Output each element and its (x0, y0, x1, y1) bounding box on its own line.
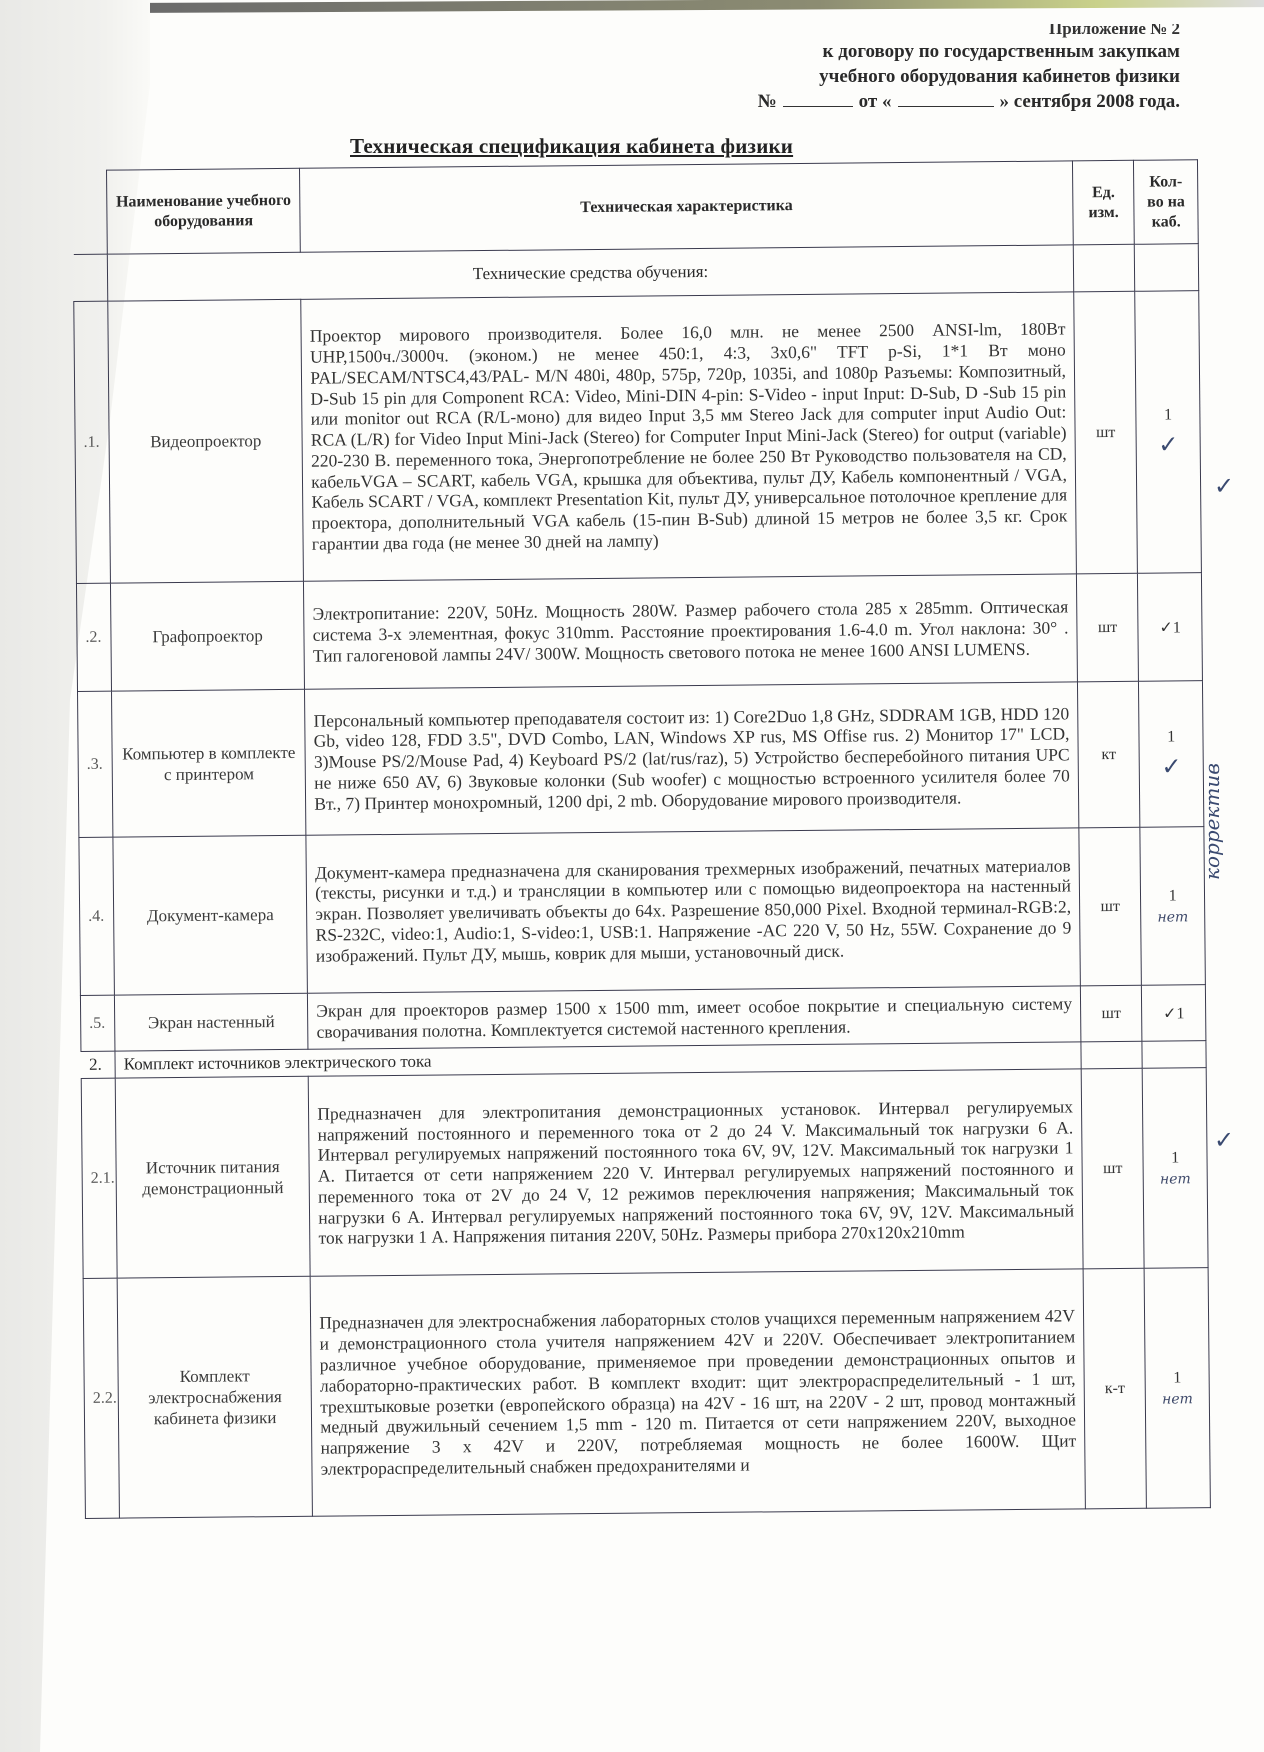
technical-description: Персональный компьютер преподавателя сос… (305, 682, 1079, 835)
row-number: 2.2. (83, 1278, 119, 1518)
quantity: 1нет (1140, 827, 1205, 986)
equipment-name: Графопроектор (111, 581, 305, 691)
unit-of-measure: шт (1081, 1068, 1144, 1269)
appendix-line-1: к договору по государственным закупкам (758, 39, 1180, 64)
handwritten-check-icon: ✓ (1148, 752, 1195, 780)
handwritten-note: нет (1154, 1391, 1201, 1407)
row-number: .5. (80, 995, 115, 1051)
unit-of-measure: кт (1077, 681, 1140, 828)
equipment-name: Видеопроектор (108, 299, 304, 583)
contract-number-blank (783, 92, 853, 107)
header-desc: Техническая характеристика (300, 161, 1073, 252)
appendix-line-2: учебного оборудования кабинетов физики (758, 64, 1180, 89)
date-prefix: от « (859, 91, 892, 112)
handwritten-margin-note: корректив (1200, 763, 1224, 880)
table-header-row: Наименование учебного оборудования Техни… (73, 160, 1199, 255)
table-row: 2.1.Источник питания демонстрационныйПре… (81, 1068, 1208, 1279)
handwritten-note: нет (1152, 1171, 1199, 1187)
row-number: .1. (74, 301, 111, 583)
table-row: 2.2.Комплект электроснабжения кабинета ф… (83, 1268, 1210, 1519)
specification-table: Наименование учебного оборудования Техни… (72, 159, 1211, 1519)
header-unit: Ед. изм. (1072, 160, 1134, 245)
date-day-blank (898, 92, 994, 107)
header-num (73, 170, 108, 254)
header-qty: Кол-во на каб. (1134, 160, 1198, 245)
margin-check-icon-2: ✓ (1214, 1126, 1234, 1154)
row-number: .4. (79, 837, 115, 995)
quantity: 1✓ (1139, 681, 1204, 828)
technical-description: Предназначен для электропитания демонстр… (308, 1069, 1083, 1276)
header-name: Наименование учебного оборудования (107, 168, 301, 254)
unit-of-measure: шт (1080, 985, 1142, 1042)
quantity: 1✓ (1135, 291, 1201, 574)
table-row: .2.ГрафопроекторЭлектропитание: 220V, 50… (76, 573, 1202, 692)
quantity: ✓1 (1138, 573, 1203, 682)
row-number: .3. (78, 691, 113, 837)
technical-description: Электропитание: 220V, 50Hz. Мощность 280… (304, 574, 1078, 689)
document-title: Техническая спецификация кабинета физики (350, 134, 793, 159)
handwritten-note: нет (1149, 909, 1196, 925)
quantity: 1нет (1144, 1268, 1210, 1509)
quantity: 1нет (1143, 1068, 1209, 1269)
appendix-label: Приложение № 2 (758, 24, 1180, 39)
row-number: .2. (76, 583, 111, 691)
unit-of-measure: шт (1079, 827, 1142, 986)
unit-of-measure: шт (1076, 573, 1138, 682)
technical-description: Проектор мирового производителя. Более 1… (301, 292, 1076, 581)
technical-description: Экран для проекторов размер 1500 x 1500 … (308, 986, 1081, 1049)
number-sign: № (758, 91, 777, 112)
equipment-name: Комплект электроснабжения кабинета физик… (117, 1276, 312, 1518)
quantity: ✓1 (1142, 985, 1206, 1042)
appendix-line-3: №от «» сентября 2008 года. (758, 89, 1180, 114)
appendix-header: Приложение № 2 к договору по государстве… (758, 24, 1180, 114)
equipment-name: Экран настенный (115, 993, 309, 1051)
equipment-name: Источник питания демонстрационный (115, 1076, 310, 1278)
table-row: .1.ВидеопроекторПроектор мирового произв… (74, 291, 1202, 584)
page-bottom-fade (80, 1680, 1190, 1752)
equipment-name: Документ-камера (113, 835, 308, 995)
technical-description: Документ-камера предназначена для сканир… (306, 828, 1080, 993)
equipment-name: Компьютер в комплекте с принтером (112, 689, 307, 837)
unit-of-measure: шт (1074, 291, 1138, 574)
technical-description: Предназначен для электроснабжения лабора… (310, 1269, 1085, 1516)
table-row: .3.Компьютер в комплекте с принтеромПерс… (78, 681, 1204, 838)
date-suffix: » сентября 2008 года. (1000, 91, 1180, 112)
row-number: 2.1. (81, 1078, 117, 1278)
margin-check-icon: ✓ (1214, 472, 1234, 500)
group-number: 2. (81, 1051, 115, 1078)
unit-of-measure: к-т (1083, 1268, 1147, 1509)
table-row: .4.Документ-камераДокумент-камера предна… (79, 827, 1205, 996)
document-page: Приложение № 2 к договору по государстве… (0, 0, 1264, 1752)
handwritten-check-icon: ✓ (1145, 430, 1192, 458)
